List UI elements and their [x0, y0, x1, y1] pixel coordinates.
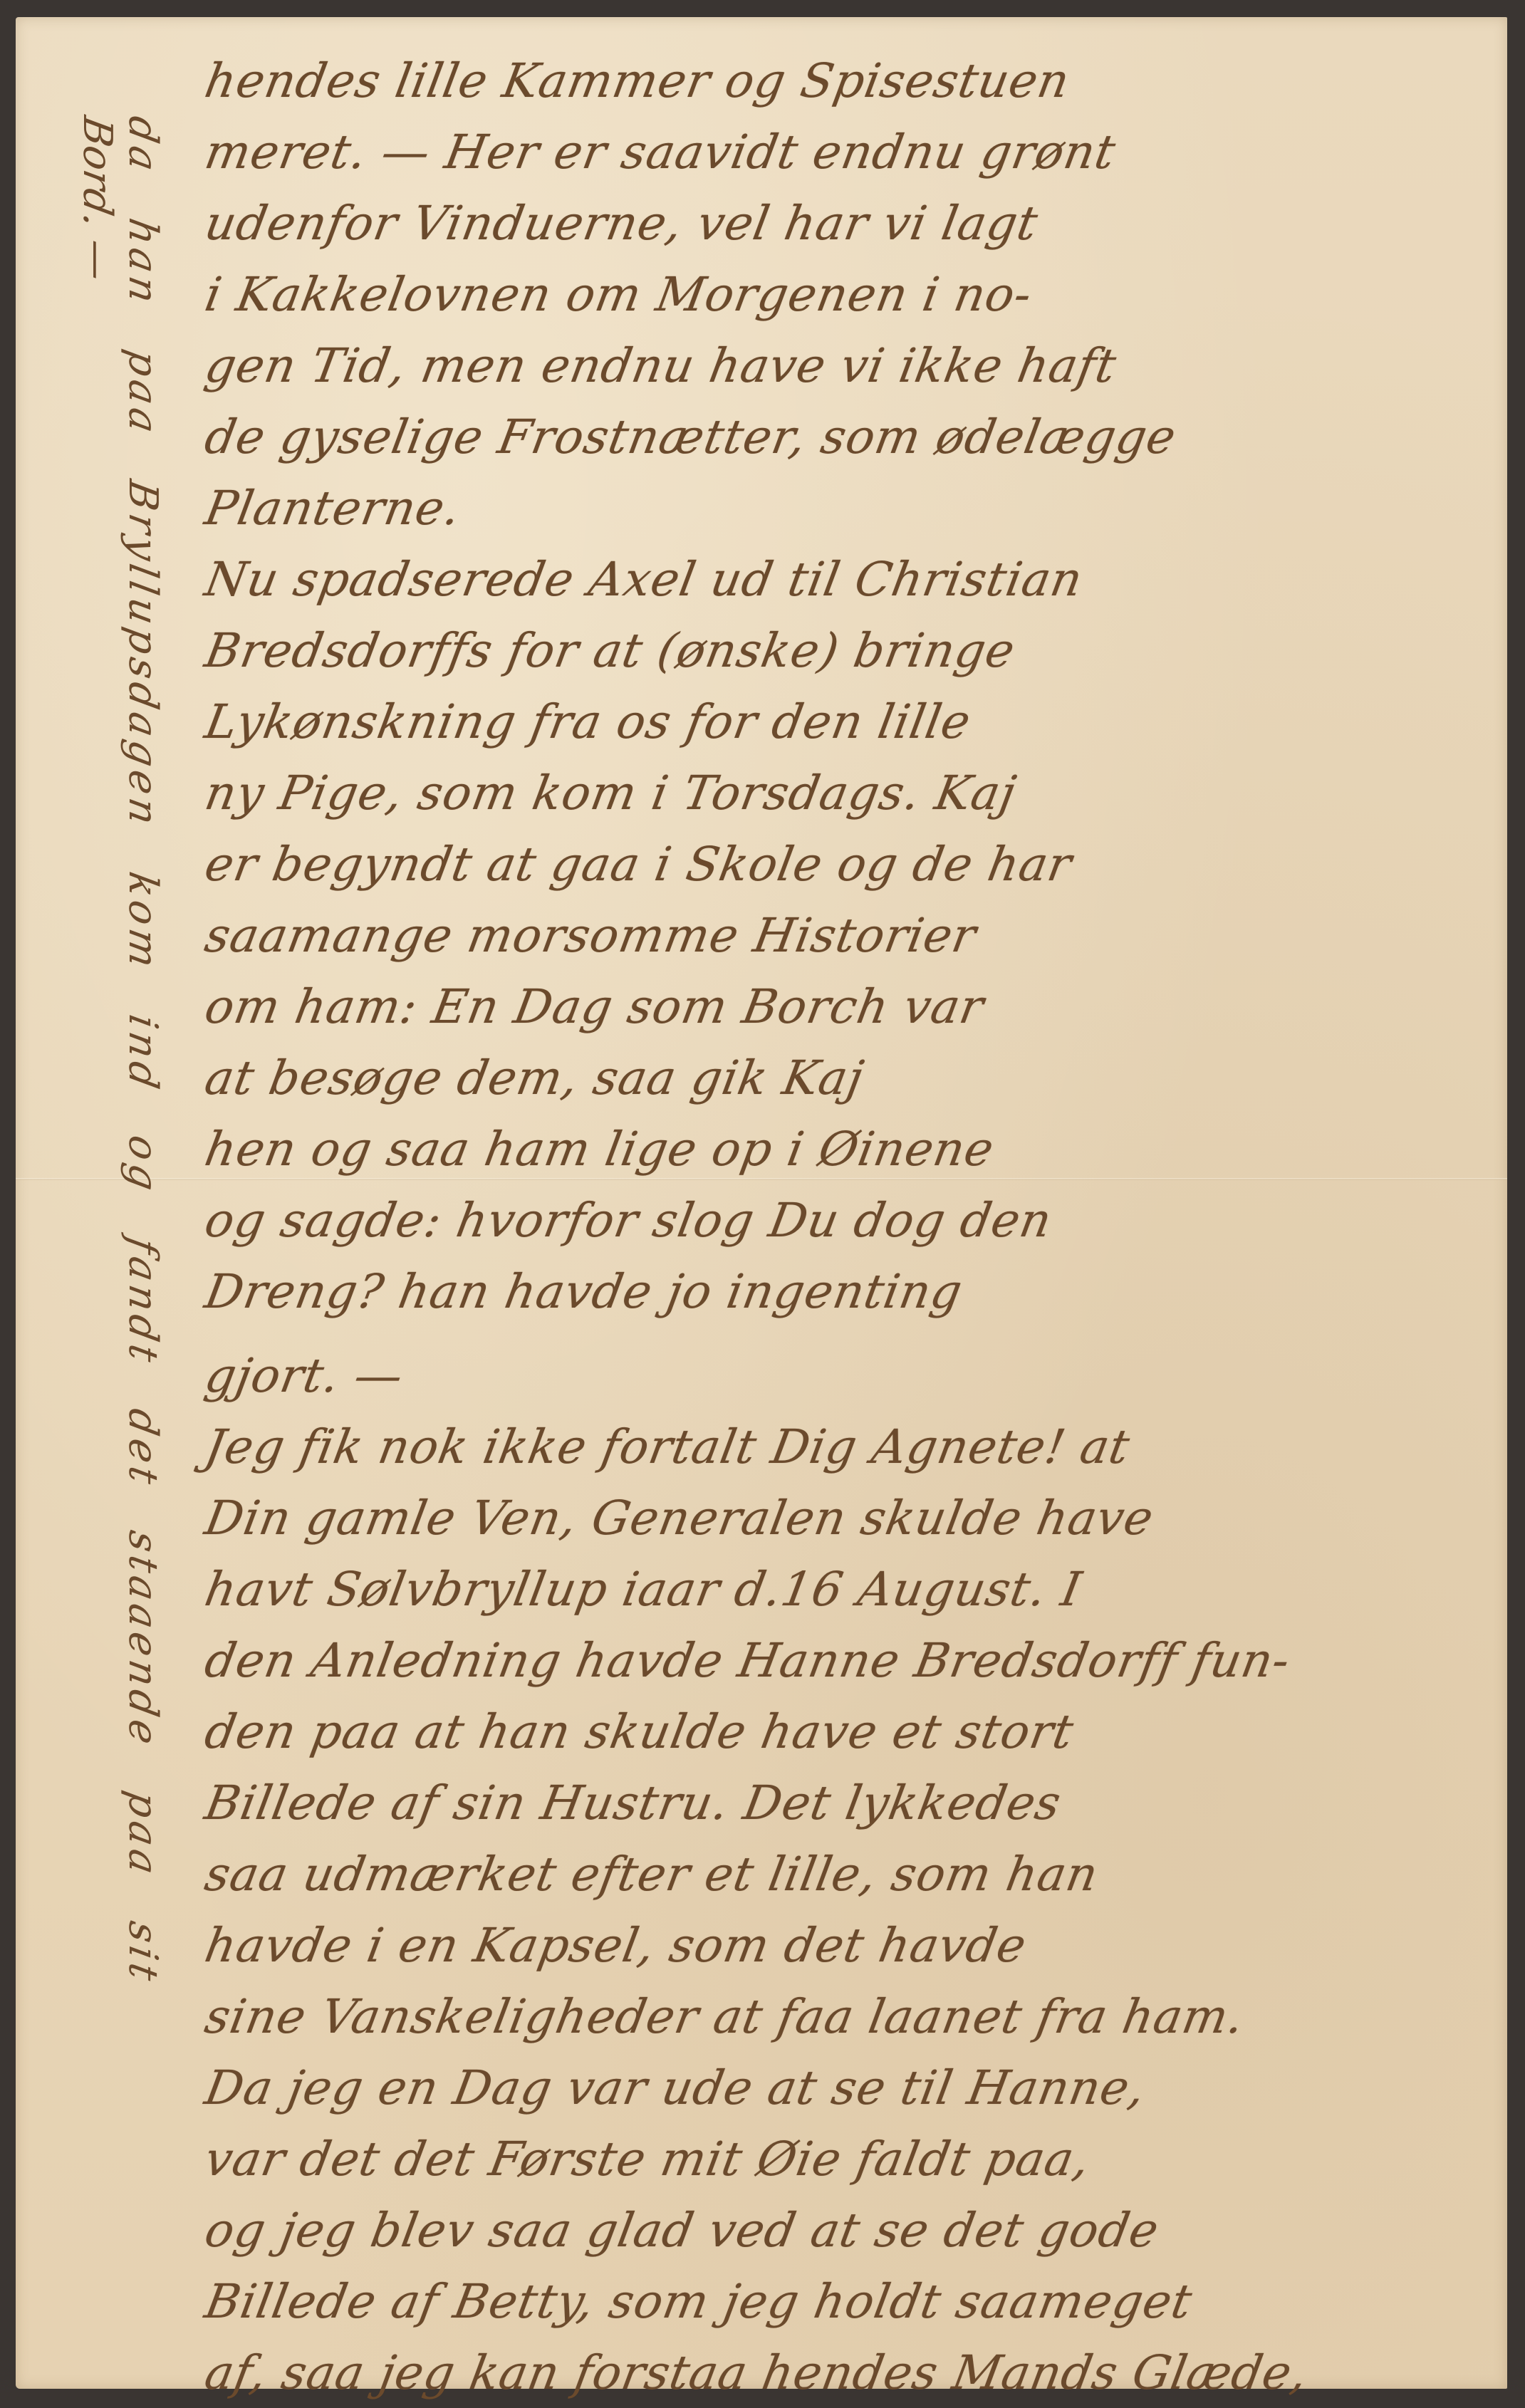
text-line: de gyselige Frostnætter, som ødelægge — [199, 402, 1509, 473]
margin-note-line: da han paa Bryllupsdagen kom ind og fand… — [120, 113, 165, 2300]
margin-note: da han paa Bryllupsdagen kom ind og fand… — [80, 117, 165, 2296]
margin-note-line: Bord. — — [74, 113, 120, 2300]
text-line: og sagde: hvorfor slog Du dog den — [199, 1185, 1509, 1256]
text-line: var det det Første mit Øie faldt paa, — [199, 2124, 1509, 2195]
text-line: Planterne. — [199, 473, 1509, 544]
text-line: er begyndt at gaa i Skole og de har — [199, 829, 1509, 900]
text-line: hen og saa ham lige op i Øinene — [199, 1114, 1509, 1185]
text-line: udenfor Vinduerne, vel har vi lagt — [199, 188, 1509, 259]
text-line: saa udmærket efter et lille, som han — [199, 1839, 1509, 1910]
text-line: Lykønskning fra os for den lille — [199, 687, 1509, 758]
text-line: af, saa jeg kan forstaa hendes Mands Glæ… — [199, 2337, 1509, 2408]
text-line: Billede af Betty, som jeg holdt saameget — [199, 2266, 1509, 2337]
text-line: den paa at han skulde have et stort — [199, 1696, 1509, 1768]
text-line: havt Sølvbryllup iaar d.16 August. I — [199, 1554, 1509, 1625]
text-line: meret. — Her er saavidt endnu grønt — [199, 117, 1509, 188]
text-line: ny Pige, som kom i Torsdags. Kaj — [199, 758, 1509, 829]
text-line: saamange morsomme Historier — [199, 900, 1509, 971]
text-line: i Kakkelovnen om Morgenen i no- — [199, 259, 1509, 330]
text-line: Jeg fik nok ikke fortalt Dig Agnete! at — [199, 1412, 1509, 1483]
text-line: den Anledning havde Hanne Bredsdorff fun… — [199, 1625, 1509, 1696]
letter-page: da han paa Bryllupsdagen kom ind og fand… — [16, 17, 1507, 2389]
text-line: Bredsdorffs for at (ønske) bringe — [199, 615, 1509, 687]
text-line: og jeg blev saa glad ved at se det gode — [199, 2195, 1509, 2266]
text-line: havde i en Kapsel, som det havde — [199, 1910, 1509, 1981]
text-line: hendes lille Kammer og Spisestuen — [199, 46, 1509, 117]
text-line: gjort. — — [199, 1340, 1509, 1412]
text-line: Din gamle Ven, Generalen skulde have — [199, 1483, 1509, 1554]
text-line: at besøge dem, saa gik Kaj — [199, 1043, 1509, 1114]
text-line: sine Vanskeligheder at faa laanet fra ha… — [199, 1981, 1509, 2053]
text-line: Billede af sin Hustru. Det lykkedes — [199, 1768, 1509, 1839]
letter-body: hendes lille Kammer og Spisestuen meret.… — [199, 46, 1496, 2408]
text-line: om ham: En Dag som Borch var — [199, 971, 1509, 1043]
text-line: gen Tid, men endnu have vi ikke haft — [199, 330, 1509, 402]
text-line: Da jeg en Dag var ude at se til Hanne, — [199, 2053, 1509, 2124]
text-line: Dreng? han havde jo ingenting — [199, 1256, 1509, 1328]
text-line: Nu spadserede Axel ud til Christian — [199, 544, 1509, 615]
